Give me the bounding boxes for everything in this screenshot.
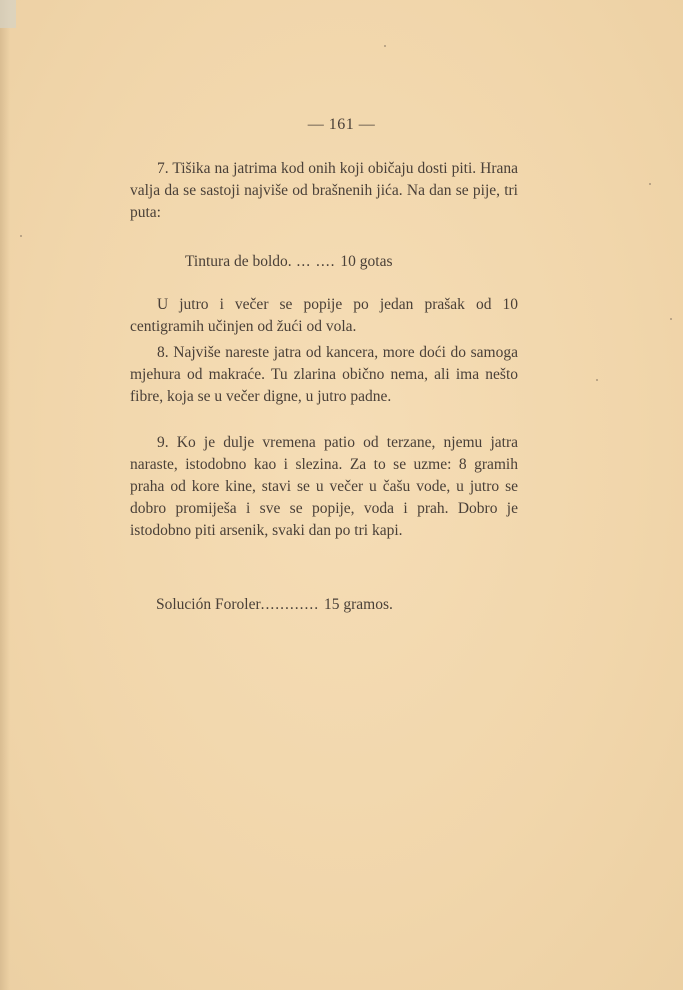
page-edge-shadow [0,0,10,990]
prescription-line-2: Solución Foroler............ 15 gramos. [156,594,393,616]
paper-speck [649,183,651,185]
paper-speck [20,235,22,237]
page-number: — 161 — [0,116,683,134]
paragraph-text: 8. Najviše nareste jatra od kancera, mor… [130,342,518,408]
remedy-dose: 10 gotas [340,253,392,270]
paragraph-9: 9. Ko je dulje vremena patio od terzane,… [130,432,518,542]
paragraph-text: 7. Tišika na jatrima kod onih koji običa… [130,158,518,224]
leader-dots: ... .... [292,253,341,270]
paragraph-text: U jutro i večer se popije po jedan praša… [130,294,518,338]
page-corner [0,0,16,28]
paragraph-8: 8. Najviše nareste jatra od kancera, mor… [130,342,518,408]
paper-speck [670,318,672,320]
paragraph-7: 7. Tišika na jatrima kod onih koji običa… [130,158,518,224]
remedy-name: Solución Foroler [156,596,261,613]
leader-dots: ............ [261,596,324,613]
paper-speck [384,45,386,47]
paragraph-7-continued: U jutro i večer se popije po jedan praša… [130,294,518,338]
prescription-line-1: Tintura de boldo. ... .... 10 gotas [185,251,392,273]
remedy-dose: 15 gramos. [324,596,393,613]
paper-speck [596,379,598,381]
remedy-name: Tintura de boldo. [185,253,292,270]
scanned-page: — 161 — 7. Tišika na jatrima kod onih ko… [0,0,683,990]
paragraph-text: 9. Ko je dulje vremena patio od terzane,… [130,432,518,542]
